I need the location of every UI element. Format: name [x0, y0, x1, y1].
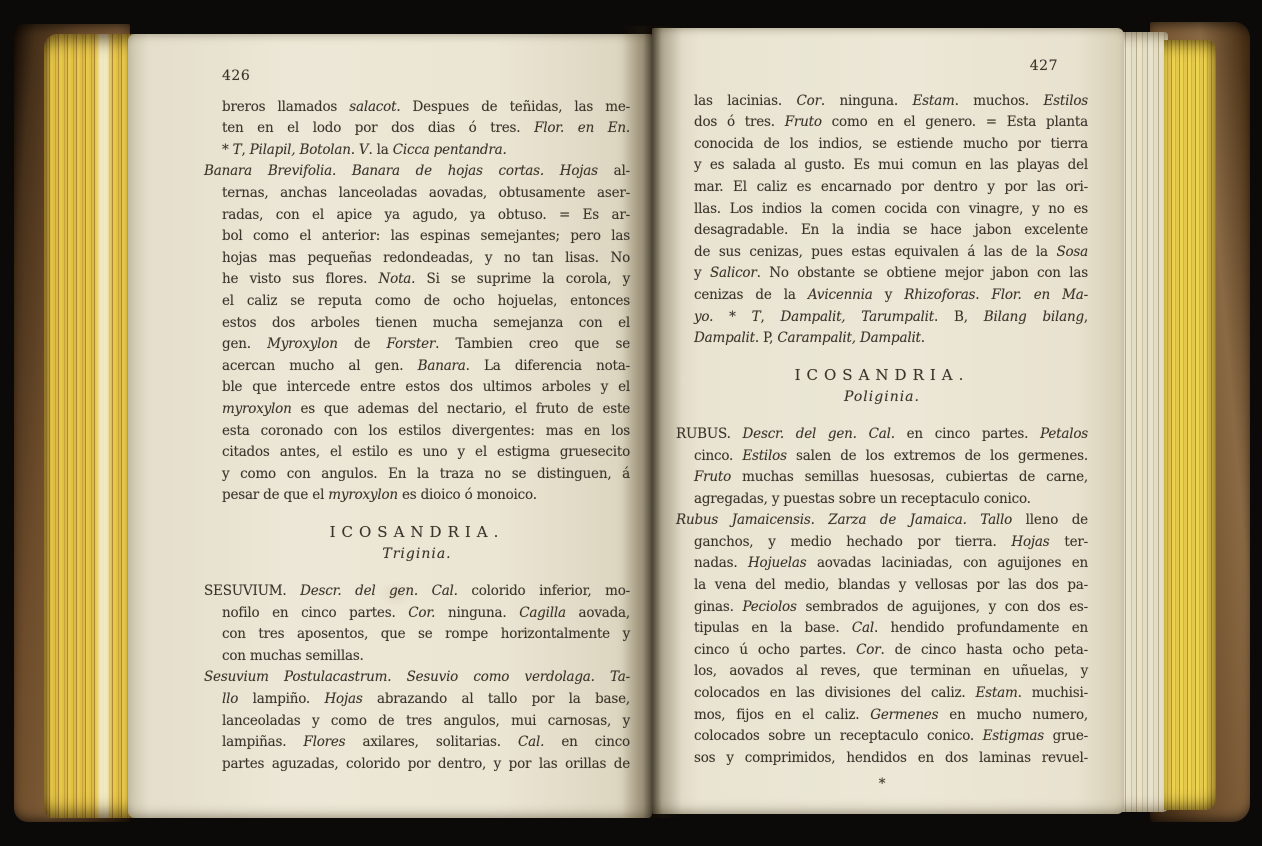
text-line: ternas, anchas lanceoladas aovadas, obtu… [204, 183, 630, 205]
text-line: colocados en las divisiones del caliz. E… [676, 683, 1088, 705]
page-fore-edges-right [1164, 40, 1216, 810]
text-line: dos ó tres. Fruto como en el genero. = E… [676, 112, 1088, 134]
text-line: bol como el anterior: las espinas semeja… [204, 226, 630, 248]
right-page-text-column: 427 las lacinias. Cor. ninguna. Estam. m… [676, 56, 1088, 796]
text-line: pesar de que el myroxylon es dioico ó mo… [204, 485, 630, 507]
text-line: hojas mas pequeñas redondeadas, y no tan… [204, 248, 630, 270]
photo-background: { "scene": { "background": "#0b0a08", "p… [0, 0, 1262, 846]
section-heading: ICOSANDRIA. [204, 522, 630, 544]
text-line: y Salicor. No obstante se obtiene mejor … [676, 263, 1088, 285]
section-subheading: Triginia. [204, 544, 630, 566]
text-line: yo. * T, Dampalit, Tarumpalit. B, Bilang… [676, 307, 1088, 329]
text-line: estos dos arboles tienen mucha semejanza… [204, 313, 630, 335]
text-line: citados antes, el estilo es uno y el est… [204, 442, 630, 464]
text-line: conocida de los indios, se estiende much… [676, 134, 1088, 156]
text-line: radas, con el apice ya agudo, ya obtuso.… [204, 205, 630, 227]
text-line: llas. Los indios la comen cocida con vin… [676, 199, 1088, 221]
text-line: y es salada al gusto. Es mui comun en la… [676, 155, 1088, 177]
text-line: y como con angulos. En la traza no se di… [204, 464, 630, 486]
text-line: de sus cenizas, pues estas equivalen á l… [676, 242, 1088, 264]
text-line: * T, Pilapil, Botolan. V. la Cicca penta… [204, 140, 630, 162]
text-line: Dampalit. P, Carampalit, Dampalit. [676, 328, 1088, 350]
text-line: ten en el lodo por dos dias ó tres. Flor… [204, 118, 630, 140]
text-line: gen. Myroxylon de Forster. Tambien creo … [204, 334, 630, 356]
text-line: mos, fijos en el caliz. Germenes en much… [676, 705, 1088, 727]
text-line: he visto sus flores. Nota. Si se suprime… [204, 269, 630, 291]
text-line: llo lampiño. Hojas abrazando al tallo po… [204, 689, 630, 711]
text-line: colocados sobre un receptaculo conico. E… [676, 726, 1088, 748]
book-page-right: 427 las lacinias. Cor. ninguna. Estam. m… [652, 28, 1124, 814]
text-line: partes aguzadas, colorido por dentro, y … [204, 754, 630, 776]
text-line: nadas. Hojuelas aovadas laciniadas, con … [676, 553, 1088, 575]
text-line: la vena del medio, blandas y vellosas po… [676, 575, 1088, 597]
text-line: las lacinias. Cor. ninguna. Estam. mucho… [676, 91, 1088, 113]
text-line: Rubus Jamaicensis. Zarza de Jamaica. Tal… [676, 510, 1088, 532]
text-line: el caliz se reputa como de ocho hojuelas… [204, 291, 630, 313]
text-line: RUBUS. Descr. del gen. Cal. en cinco par… [676, 424, 1088, 446]
text-line: mar. El caliz es encarnado por dentro y … [676, 177, 1088, 199]
signature-mark: * [676, 774, 1088, 796]
text-line: cinco ú ocho partes. Cor. de cinco hasta… [676, 640, 1088, 662]
text-line: ginas. Peciolos sembrados de aguijones, … [676, 597, 1088, 619]
text-line: nofilo en cinco partes. Cor. ninguna. Ca… [204, 603, 630, 625]
text-line: los, aovados al reves, que terminan en u… [676, 661, 1088, 683]
text-line: esta coronado con los estilos divergente… [204, 421, 630, 443]
text-line: agregadas, y puestas sobre un receptacul… [676, 489, 1088, 511]
text-line: sos y comprimidos, hendidos en dos lamin… [676, 748, 1088, 770]
text-line: SESUVIUM. Descr. del gen. Cal. colorido … [204, 581, 630, 603]
page-fore-edges-left [44, 34, 134, 818]
text-line: breros llamados salacot. Despues de teñi… [204, 97, 630, 119]
text-line: cinco. Estilos salen de los extremos de … [676, 446, 1088, 468]
page-number-right: 427 [676, 56, 1058, 78]
text-line: desagradable. En la india se hace jabon … [676, 220, 1088, 242]
text-line: con muchas semillas. [204, 646, 630, 668]
text-line: cenizas de la Avicennia y Rhizoforas. Fl… [676, 285, 1088, 307]
text-line: Sesuvium Postulacastrum. Sesuvio como ve… [204, 667, 630, 689]
text-line: con tres aposentos, que se rompe horizon… [204, 624, 630, 646]
page-number-left: 426 [222, 66, 630, 88]
text-line: lanceoladas y como de tres angulos, mui … [204, 711, 630, 733]
book-page-left: 426 breros llamados salacot. Despues de … [128, 34, 652, 818]
text-line: Banara Brevifolia. Banara de hojas corta… [204, 161, 630, 183]
section-heading: ICOSANDRIA. [676, 365, 1088, 387]
text-line: ble que intercede entre estos dos ultimo… [204, 377, 630, 399]
section-subheading: Poliginia. [676, 387, 1088, 409]
text-line: tipulas en la base. Cal. hendido profund… [676, 618, 1088, 640]
text-line: acercan mucho al gen. Banara. La diferen… [204, 356, 630, 378]
text-line: ganchos, y medio hechado por tierra. Hoj… [676, 532, 1088, 554]
text-line: myroxylon es que ademas del nectario, el… [204, 399, 630, 421]
text-line: lampiñas. Flores axilares, solitarias. C… [204, 732, 630, 754]
text-line: Fruto muchas semillas huesosas, cubierta… [676, 467, 1088, 489]
left-page-text-column: 426 breros llamados salacot. Despues de … [204, 66, 630, 775]
